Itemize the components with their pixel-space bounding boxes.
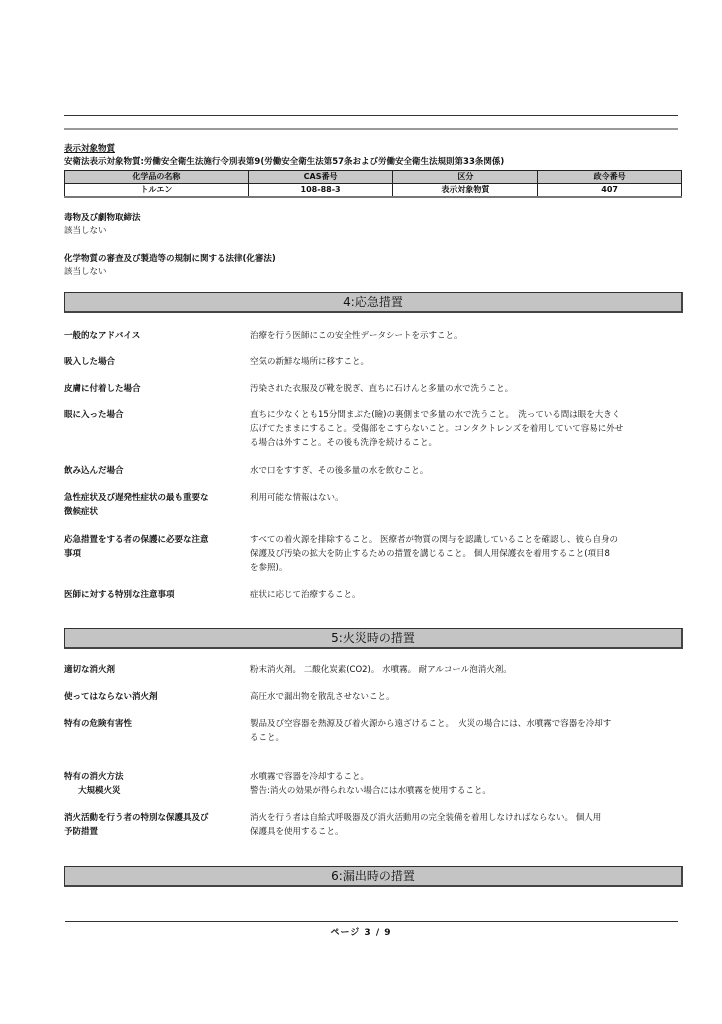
item-value: 水噴霧で容器を冷却すること。 警告:消火の効果が得られない場合には水噴霧を使用す… <box>250 770 680 798</box>
label-line: 消火活動を行う者の特別な保護具及び <box>64 811 246 825</box>
item-label: 飲み込んだ場合 <box>64 464 246 478</box>
value-line: る場合は外すこと。その後も洗浄を続けること。 <box>250 436 680 450</box>
label-line: 事項 <box>64 547 246 561</box>
label-line: 大規模火災 <box>64 784 246 798</box>
item-label: 皮膚に付着した場合 <box>64 382 246 396</box>
section-6-header: 6:漏出時の措置 <box>64 866 683 887</box>
item-label: 特有の危険有害性 <box>64 717 246 731</box>
poison-law-value: 該当しない <box>64 225 107 237</box>
section-5-header: 5:火災時の措置 <box>64 628 683 649</box>
item-value: 空気の新鮮な場所に移すこと。 <box>250 355 680 369</box>
item-value: 水で口をすすぎ、その後多量の水を飲むこと。 <box>250 464 680 478</box>
value-line: を参照)。 <box>250 561 680 575</box>
footer-rule <box>65 921 678 922</box>
item-value: 直ちに少なくとも15分間まぶた(瞼)の裏側まで多量の水で洗うこと。 洗っている間… <box>250 408 680 450</box>
value-line: すべての着火源を排除すること。 医療者が物質の関与を認識していることを確認し、彼… <box>250 533 680 547</box>
value-line: 保護具を使用すること。 <box>250 825 680 839</box>
item-label: 消火活動を行う者の特別な保護具及び 予防措置 <box>64 811 246 839</box>
column-header-category: 区分 <box>393 171 538 184</box>
item-label: 適切な消火剤 <box>64 663 246 677</box>
header-rule-bottom <box>64 128 678 130</box>
cell-category: 表示対象物質 <box>393 184 538 198</box>
item-value: 汚染された衣服及び靴を脱ぎ、直ちに石けんと多量の水で洗うこと。 <box>250 382 680 396</box>
cell-ordinance-number: 407 <box>538 184 682 198</box>
cell-cas-number: 108-88-3 <box>248 184 393 198</box>
item-value: 利用可能な情報はない。 <box>250 491 680 505</box>
item-value: 治療を行う医師にこの安全性データシートを示すこと。 <box>250 329 680 343</box>
value-line: ること。 <box>250 731 680 745</box>
column-header-chemical-name: 化学品の名称 <box>65 171 249 184</box>
item-label: 応急措置をする者の保護に必要な注意 事項 <box>64 533 246 561</box>
item-value: 高圧水で漏出物を散乱させないこと。 <box>250 690 680 704</box>
item-label: 一般的なアドバイス <box>64 329 246 343</box>
chem-law-title: 化学物質の審査及び製造等の規制に関する法律(化審法) <box>64 253 276 265</box>
item-label: 医師に対する特別な注意事項 <box>64 588 246 602</box>
item-label: 吸入した場合 <box>64 355 246 369</box>
label-line: 予防措置 <box>64 825 246 839</box>
item-value: 粉末消火剤。 二酸化炭素(CO2)。 水噴霧。 耐アルコール泡消火剤。 <box>250 663 680 677</box>
poison-law-title: 毒物及び劇物取締法 <box>64 212 141 224</box>
value-line: 広げてたままにすること。受傷部をこすらないこと。コンタクトレンズを着用していて容… <box>250 422 680 436</box>
item-label: 急性症状及び遅発性症状の最も重要な 徴候症状 <box>64 491 246 519</box>
column-header-cas-number: CAS番号 <box>248 171 393 184</box>
column-header-ordinance-number: 政令番号 <box>538 171 682 184</box>
label-line: 特有の消火方法 <box>64 770 246 784</box>
regulated-substance-subheading: 安衛法表示対象物質:労働安全衛生法施行令別表第9(労働安全衛生法第57条および労… <box>64 156 504 168</box>
table-row: トルエン 108-88-3 表示対象物質 407 <box>65 184 682 198</box>
value-line: 保護及び汚染の拡大を防止するための措置を講じること。 個人用保護衣を着用すること… <box>250 547 680 561</box>
header-rule-top <box>64 115 678 116</box>
label-line: 応急措置をする者の保護に必要な注意 <box>64 533 246 547</box>
regulated-substance-table: 化学品の名称 CAS番号 区分 政令番号 トルエン 108-88-3 表示対象物… <box>64 170 682 198</box>
item-label: 眼に入った場合 <box>64 408 246 422</box>
table-header-row: 化学品の名称 CAS番号 区分 政令番号 <box>65 171 682 184</box>
label-line: 徴候症状 <box>64 505 246 519</box>
value-line: 警告:消火の効果が得られない場合には水噴霧を使用すること。 <box>250 784 680 798</box>
item-label: 使ってはならない消火剤 <box>64 690 246 704</box>
item-value: すべての着火源を排除すること。 医療者が物質の関与を認識していることを確認し、彼… <box>250 533 680 575</box>
page-number: ページ 3 / 9 <box>0 925 722 938</box>
value-line: 製品及び空容器を熱源及び着火源から遠ざけること。 火災の場合には、水噴霧で容器を… <box>250 717 680 731</box>
value-line: 水噴霧で容器を冷却すること。 <box>250 770 680 784</box>
label-line: 急性症状及び遅発性症状の最も重要な <box>64 491 246 505</box>
chem-law-value: 該当しない <box>64 266 107 278</box>
item-value: 製品及び空容器を熱源及び着火源から遠ざけること。 火災の場合には、水噴霧で容器を… <box>250 717 680 745</box>
item-value: 消火を行う者は自給式呼吸器及び消火活動用の完全装備を着用しなければならない。 個… <box>250 811 680 839</box>
item-label: 特有の消火方法 大規模火災 <box>64 770 246 798</box>
value-line: 直ちに少なくとも15分間まぶた(瞼)の裏側まで多量の水で洗うこと。 洗っている間… <box>250 408 680 422</box>
item-value: 症状に応じて治療すること。 <box>250 588 680 602</box>
value-line: 消火を行う者は自給式呼吸器及び消火活動用の完全装備を着用しなければならない。 個… <box>250 811 680 825</box>
cell-chemical-name: トルエン <box>65 184 249 198</box>
section-4-header: 4:応急措置 <box>64 292 683 313</box>
regulated-substance-heading: 表示対象物質 <box>64 143 115 155</box>
